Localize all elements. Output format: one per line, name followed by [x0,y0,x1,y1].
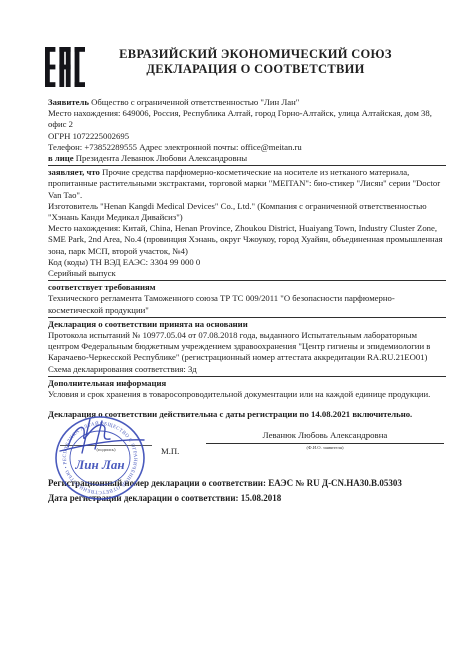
doc-line-lead: в лице [48,153,76,163]
eac-logo [45,46,85,88]
doc-line-text: Изготовитель "Henan Kangdi Medical Devic… [48,201,427,222]
doc-line-text: Общество с ограниченной ответственностью… [91,97,299,107]
doc-line: Схема декларирования соответствия: 3д [48,364,446,375]
signature-section: (подпись) М.П. Леванюк Любовь Александро… [48,423,446,469]
doc-line: Технического регламента Таможенного союз… [48,293,446,315]
doc-line-lead: Декларация о соответствии принята на осн… [48,319,248,329]
doc-line-text: Телефон: +73852289555 Адрес электронной … [48,142,302,152]
doc-line-lead: соответствует требованиям [48,282,156,292]
doc-line-text: Президента Леванюк Любови Александровны [76,153,247,163]
applicant-name: Леванюк Любовь Александровна [206,430,444,444]
doc-line-text: Место нахождения: 649006, Россия, Респуб… [48,108,432,129]
doc-line: Место нахождения: Китай, China, Henan Pr… [48,223,446,257]
doc-line: Телефон: +73852289555 Адрес электронной … [48,142,446,153]
doc-line: Место нахождения: 649006, Россия, Респуб… [48,108,446,130]
doc-line: Протокола испытаний № 10977.05.04 от 07.… [48,330,446,364]
doc-line: Условия и срок хранения в товаросопровод… [48,389,446,400]
doc-line-text: Протокола испытаний № 10977.05.04 от 07.… [48,330,430,362]
doc-line-lead: заявляет, что [48,167,102,177]
document-title-line2: ДЕКЛАРАЦИЯ О СООТВЕТСТВИИ [85,62,426,77]
doc-line: Серийный выпуск [48,268,446,279]
doc-line: Код (коды) ТН ВЭД ЕАЭС: 3304 99 000 0 [48,257,446,268]
doc-line-text: Место нахождения: Китай, China, Henan Pr… [48,223,443,255]
doc-line-lead: Дополнительная информация [48,378,166,388]
document-title-line1: ЕВРАЗИЙСКИЙ ЭКОНОМИЧЕСКИЙ СОЮЗ [85,47,426,62]
doc-line: в лице Президента Леванюк Любови Алексан… [48,153,446,164]
document-header: ЕВРАЗИЙСКИЙ ЭКОНОМИЧЕСКИЙ СОЮЗ ДЕКЛАРАЦИ… [48,44,446,88]
mp-label: М.П. [161,446,179,456]
stamp-center-text: Лин Лан [74,457,124,472]
separator-line [48,165,446,166]
doc-paragraphs: Заявитель Общество с ограниченной ответс… [48,97,446,420]
doc-line-text: Условия и срок хранения в товаросопровод… [48,389,430,399]
fio-label: (Ф.И.О. заявителя) [206,445,444,450]
declaration-document: ЕВРАЗИЙСКИЙ ЭКОНОМИЧЕСКИЙ СОЮЗ ДЕКЛАРАЦИ… [0,0,460,651]
doc-line-lead: Заявитель [48,97,91,107]
separator-line [48,280,446,281]
doc-line-text: Прочие средства парфюмерно-косметические… [48,167,440,199]
doc-line-text: Код (коды) ТН ВЭД ЕАЭС: 3304 99 000 0 [48,257,200,267]
doc-line: Изготовитель "Henan Kangdi Medical Devic… [48,201,446,223]
doc-line: Заявитель Общество с ограниченной ответс… [48,97,446,108]
separator-line [48,376,446,377]
document-title: ЕВРАЗИЙСКИЙ ЭКОНОМИЧЕСКИЙ СОЮЗ ДЕКЛАРАЦИ… [85,44,446,77]
doc-line: Декларация о соответствии принята на осн… [48,319,446,330]
separator-line [48,317,446,318]
doc-line-text: ОГРН 1072225002695 [48,131,129,141]
doc-line-text: Технического регламента Таможенного союз… [48,293,395,314]
doc-line-text: Схема декларирования соответствия: 3д [48,364,197,374]
applicant-fio-block: Леванюк Любовь Александровна (Ф.И.О. зая… [206,430,444,450]
doc-line-text: Серийный выпуск [48,268,116,278]
doc-line: ОГРН 1072225002695 [48,131,446,142]
doc-line: заявляет, что Прочие средства парфюмерно… [48,167,446,201]
doc-line: соответствует требованиям [48,282,446,293]
company-stamp: ОБЩЕСТВО С ОГРАНИЧЕННОЙ ОТВЕТСТВЕННОСТЬЮ… [52,413,148,503]
doc-line: Дополнительная информация [48,378,446,389]
